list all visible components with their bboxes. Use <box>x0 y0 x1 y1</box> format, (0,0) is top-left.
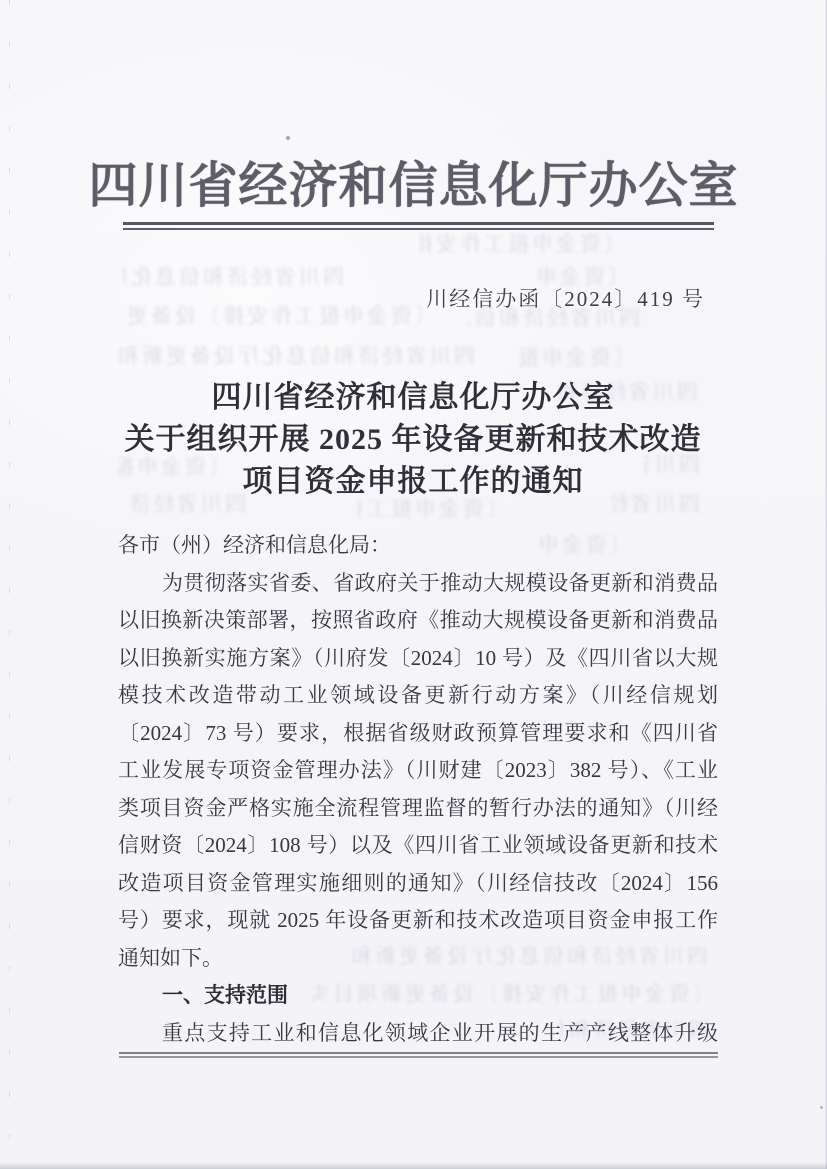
bleedthrough-ghost-text: 〔资金申报工作安排〕设备更新项目实施方案要求管理办法通知如下 <box>420 232 625 256</box>
bleedthrough-ghost-text: 四川省经济和信息化厅设备更新和技术改造项目资金申报工作要求通知 <box>120 344 475 368</box>
section-heading: 一、支持范围 <box>118 977 718 1015</box>
bleedthrough-ghost-text: 四川省经济和信息化厅设备更新和技术改造项目资金申报工作要求通知 <box>122 265 344 289</box>
body-text-line: 号）要求，现就 2025 年设备更新和技术改造项目资金申报工作 <box>118 902 718 940</box>
footer-double-rule <box>119 1052 718 1058</box>
scan-speck <box>286 136 290 140</box>
body-text-line: 信财资〔2024〕108 号）以及《四川省工业领域设备更新和技术 <box>118 827 718 865</box>
doc-title-line-1: 四川省经济和信息化厅办公室 <box>63 377 763 419</box>
bleedthrough-ghost-text: 〔资金申报工作安排〕设备更新项目实施方案要求管理办法通知如下 <box>520 346 635 370</box>
body-text-line: 类项目资金严格实施全流程管理监督的暂行办法的通知》（川经 <box>118 790 718 828</box>
doc-title-line-3: 项目资金申报工作的通知 <box>63 461 763 503</box>
doc-reference-number: 川经信办函〔2024〕419 号 <box>426 283 705 313</box>
body-text-line: 以旧换新决策部署，按照省政府《推动大规模设备更新和消费品 <box>118 602 718 640</box>
body-text-line: 重点支持工业和信息化领域企业开展的生产产线整体升级 <box>118 1015 718 1053</box>
letterhead-agency-name: 四川省经济和信息化厅办公室 <box>0 147 827 217</box>
body-text-line: 改造项目资金管理实施细则的通知》（川经信技改〔2024〕156 <box>118 865 718 903</box>
doc-title: 四川省经济和信息化厅办公室 关于组织开展 2025 年设备更新和技术改造 项目资… <box>63 377 763 503</box>
body-text-line: 通知如下。 <box>118 940 718 978</box>
doc-body: 各市（州）经济和信息化局： 为贯彻落实省委、省政府关于推动大规模设备更新和消费品… <box>118 527 718 1052</box>
body-text-line: 为贯彻落实省委、省政府关于推动大规模设备更新和消费品 <box>118 565 718 603</box>
salutation-line: 各市（州）经济和信息化局： <box>118 527 718 565</box>
body-text-line: 以旧换新实施方案》（川府发〔2024〕10 号）及《四川省以大规 <box>118 640 718 678</box>
scan-bottom-edge-shadow <box>0 1162 827 1169</box>
scanned-document-page: 〔资金申报工作安排〕设备更新项目实施方案要求管理办法通知如下 四川省经济和信息化… <box>0 0 827 1169</box>
doc-title-line-2: 关于组织开展 2025 年设备更新和技术改造 <box>63 419 763 461</box>
letterhead-double-rule <box>123 222 714 230</box>
body-text-line: 〔2024〕73 号）要求，根据省级财政预算管理要求和《四川省 <box>118 715 718 753</box>
bleedthrough-ghost-text: 〔资金申报工作安排〕设备更新项目实施方案要求管理办法通知如下 <box>126 304 436 328</box>
body-text-line: 模技术改造带动工业领域设备更新行动方案》（川经信规划 <box>118 677 718 715</box>
body-text-line: 工业发展专项资金管理办法》（川财建〔2023〕382 号）、《工业 <box>118 752 718 790</box>
scan-speck <box>820 1106 823 1109</box>
